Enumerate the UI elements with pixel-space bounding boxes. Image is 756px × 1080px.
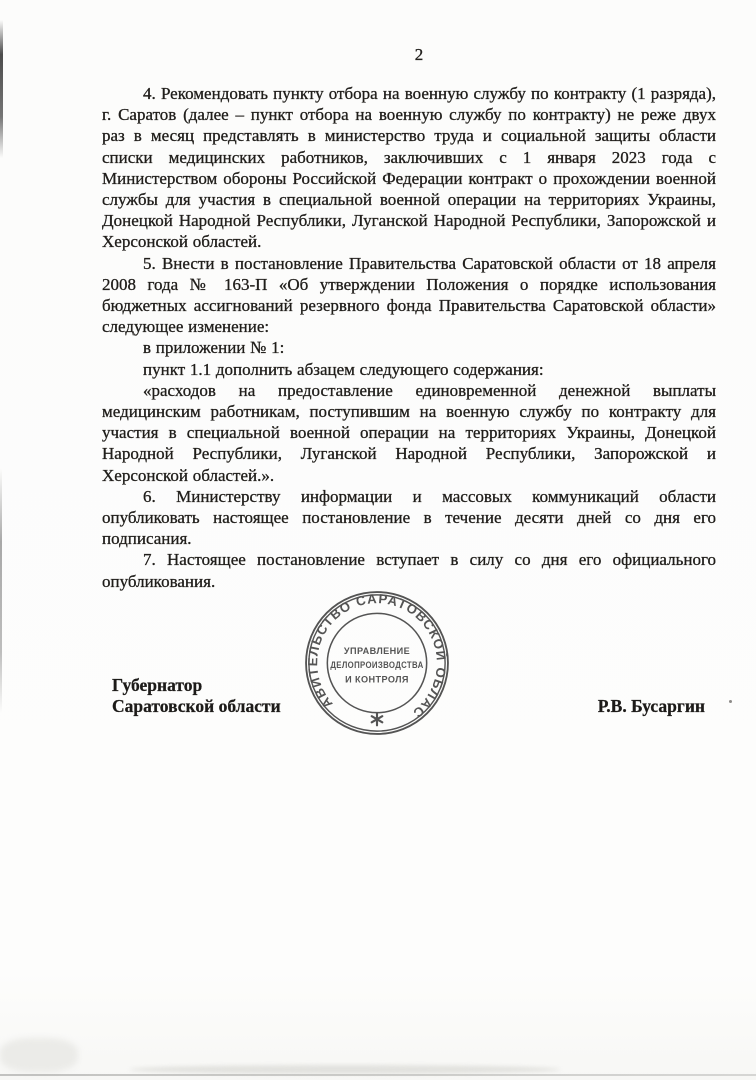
- paragraph-annex-ref: в приложении № 1:: [102, 337, 716, 358]
- scan-artifact-bottom-line: [0, 1074, 756, 1076]
- scan-artifact-left-streak-top: [0, 20, 3, 158]
- paragraph-quoted-amendment: «расходов на предоставление единовременн…: [102, 380, 716, 486]
- scan-artifact-bottom-smudge: [130, 1065, 560, 1074]
- paragraph-item-6: 6. Министерству информации и массовых ко…: [102, 486, 716, 550]
- signer-title-line2: Саратовской области: [112, 696, 281, 717]
- signer-title: Губернатор Саратовской области: [112, 675, 281, 717]
- signer-name: Р.В. Бусаргин: [598, 696, 705, 717]
- document-body: 4. Рекомендовать пункту отбора на военну…: [102, 83, 716, 592]
- scan-artifact-speck: [729, 700, 732, 703]
- signer-title-line1: Губернатор: [112, 675, 281, 696]
- signature-block: Губернатор Саратовской области Р.В. Буса…: [112, 675, 705, 717]
- paragraph-item-4: 4. Рекомендовать пункту отбора на военну…: [102, 83, 716, 253]
- paragraph-clause-ref: пункт 1.1 дополнить абзацем следующего с…: [102, 359, 716, 380]
- paragraph-item-5: 5. Внести в постановление Правительства …: [102, 253, 716, 338]
- scan-artifact-left-streak-mid: [0, 468, 2, 713]
- stamp-center-line2: ДЕЛОПРОИЗВОДСТВА: [330, 660, 423, 670]
- scan-artifact-corner-blob: [0, 1038, 78, 1072]
- stamp-center-line1: УПРАВЛЕНИЕ: [344, 646, 410, 656]
- page-number: 2: [102, 44, 736, 65]
- document-page: 2 4. Рекомендовать пункту отбора на воен…: [0, 0, 756, 1080]
- paragraph-item-7: 7. Настоящее постановление вступает в си…: [102, 549, 716, 591]
